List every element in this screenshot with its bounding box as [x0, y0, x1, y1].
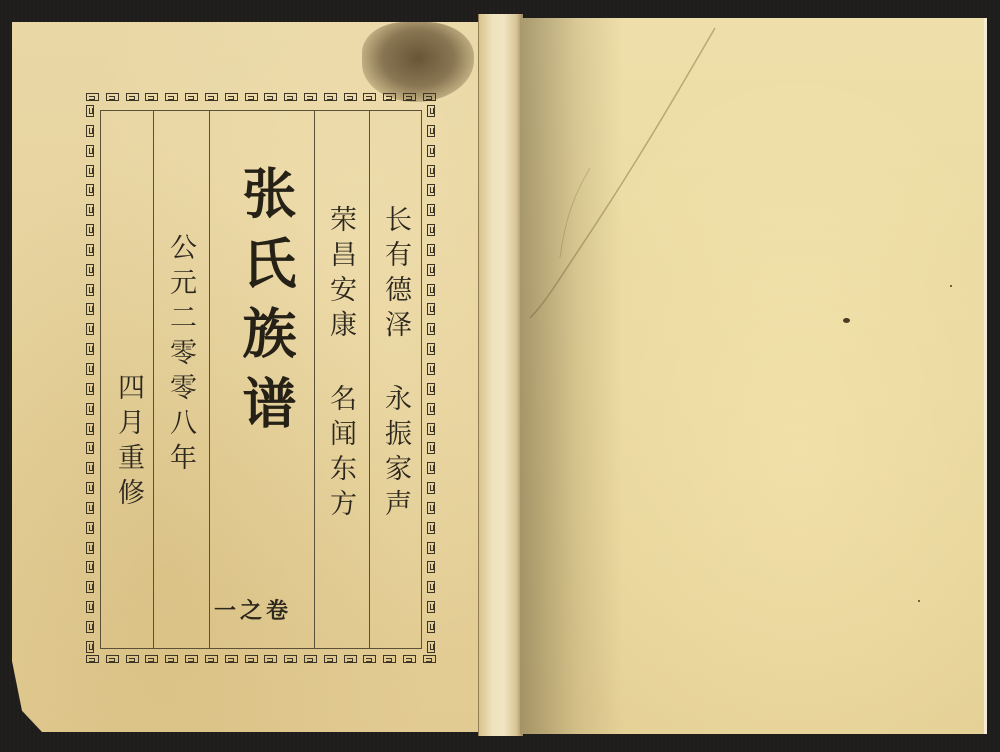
greek-key-glyph — [106, 93, 119, 101]
greek-key-glyph — [86, 502, 94, 514]
greek-key-glyph — [126, 93, 139, 101]
greek-key-glyph — [145, 93, 158, 101]
greek-key-glyph — [363, 93, 376, 101]
greek-key-glyph — [403, 655, 416, 663]
greek-key-glyph — [86, 93, 99, 101]
greek-key-glyph — [427, 482, 435, 494]
greek-key-glyph — [427, 621, 435, 633]
book-spine — [478, 14, 523, 736]
greek-key-glyph — [245, 93, 258, 101]
greek-key-glyph — [427, 244, 435, 256]
greek-key-glyph — [86, 343, 94, 355]
greek-key-glyph — [403, 93, 416, 101]
greek-key-glyph — [165, 655, 178, 663]
greek-key-glyph — [264, 93, 277, 101]
date-line-1: 公元二零零八年 — [161, 233, 200, 478]
greek-key-glyph — [86, 423, 94, 435]
greek-key-glyph — [225, 655, 238, 663]
greek-key-glyph — [427, 145, 435, 157]
greek-key-glyph — [344, 93, 357, 101]
greek-key-glyph — [304, 655, 317, 663]
greek-key-glyph — [185, 655, 198, 663]
greek-key-glyph — [86, 125, 94, 137]
greek-key-glyph — [304, 93, 317, 101]
ink-spot — [843, 318, 850, 323]
greek-key-glyph — [427, 165, 435, 177]
greek-key-glyph — [86, 145, 94, 157]
greek-key-glyph — [86, 383, 94, 395]
greek-key-glyph — [86, 655, 99, 663]
column-rule — [209, 111, 210, 648]
greek-key-glyph — [427, 522, 435, 534]
greek-key-glyph — [245, 655, 258, 663]
greek-key-glyph — [86, 105, 94, 117]
greek-key-glyph — [86, 561, 94, 573]
greek-key-glyph — [165, 93, 178, 101]
book-title: 张氏族谱 — [228, 165, 305, 445]
greek-key-glyph — [427, 462, 435, 474]
greek-key-glyph — [427, 204, 435, 216]
greek-key-glyph — [86, 165, 94, 177]
greek-key-glyph — [86, 522, 94, 534]
greek-key-glyph — [427, 442, 435, 454]
greek-key-glyph — [427, 224, 435, 236]
column-rule — [153, 111, 154, 648]
greek-key-glyph — [86, 224, 94, 236]
greek-key-glyph — [86, 581, 94, 593]
greek-key-glyph — [427, 125, 435, 137]
greek-key-glyph — [427, 264, 435, 276]
greek-key-glyph — [427, 184, 435, 196]
back-cover — [520, 18, 987, 734]
greek-key-glyph — [427, 383, 435, 395]
greek-key-glyph — [427, 323, 435, 335]
greek-key-glyph — [106, 655, 119, 663]
greek-key-glyph — [86, 244, 94, 256]
greek-key-glyph — [86, 442, 94, 454]
motto-line-1: 长有德泽 永振家声 — [376, 205, 415, 524]
greek-key-glyph — [324, 655, 337, 663]
greek-key-glyph — [427, 343, 435, 355]
greek-key-glyph — [344, 655, 357, 663]
greek-key-glyph — [284, 655, 297, 663]
greek-key-glyph — [86, 303, 94, 315]
column-rule — [314, 111, 315, 648]
greek-key-glyph — [205, 655, 218, 663]
greek-key-glyph — [427, 542, 435, 554]
greek-key-glyph — [185, 93, 198, 101]
greek-key-glyph — [427, 502, 435, 514]
greek-key-glyph — [86, 482, 94, 494]
greek-key-glyph — [145, 655, 158, 663]
greek-key-glyph — [264, 655, 277, 663]
volume-label: 卷之一 — [214, 594, 292, 625]
greek-key-glyph — [427, 641, 435, 653]
greek-key-glyph — [86, 403, 94, 415]
greek-key-glyph — [427, 363, 435, 375]
motto-line-2: 荣昌安康 名闻东方 — [321, 205, 360, 524]
greek-key-glyph — [86, 641, 94, 653]
greek-key-glyph — [427, 423, 435, 435]
greek-key-glyph — [86, 184, 94, 196]
greek-key-glyph — [86, 264, 94, 276]
greek-key-glyph — [225, 93, 238, 101]
greek-key-glyph — [86, 323, 94, 335]
greek-key-glyph — [383, 93, 396, 101]
greek-key-glyph — [423, 93, 436, 101]
greek-key-glyph — [86, 363, 94, 375]
greek-key-glyph — [427, 105, 435, 117]
date-line-2: 四月重修 — [109, 373, 148, 513]
greek-key-glyph — [427, 284, 435, 296]
greek-key-glyph — [205, 93, 218, 101]
greek-key-glyph — [427, 581, 435, 593]
greek-key-glyph — [284, 93, 297, 101]
greek-key-glyph — [86, 542, 94, 554]
greek-key-glyph — [86, 204, 94, 216]
ink-spot — [918, 600, 920, 602]
greek-key-glyph — [126, 655, 139, 663]
greek-key-glyph — [86, 284, 94, 296]
greek-key-glyph — [86, 462, 94, 474]
greek-key-glyph — [427, 561, 435, 573]
ink-spot — [950, 285, 952, 287]
greek-key-glyph — [363, 655, 376, 663]
greek-key-glyph — [423, 655, 436, 663]
greek-key-glyph — [427, 601, 435, 613]
greek-key-glyph — [383, 655, 396, 663]
greek-key-glyph — [427, 403, 435, 415]
greek-key-glyph — [427, 303, 435, 315]
greek-key-glyph — [324, 93, 337, 101]
greek-key-glyph — [86, 621, 94, 633]
greek-key-glyph — [86, 601, 94, 613]
column-rule — [369, 111, 370, 648]
